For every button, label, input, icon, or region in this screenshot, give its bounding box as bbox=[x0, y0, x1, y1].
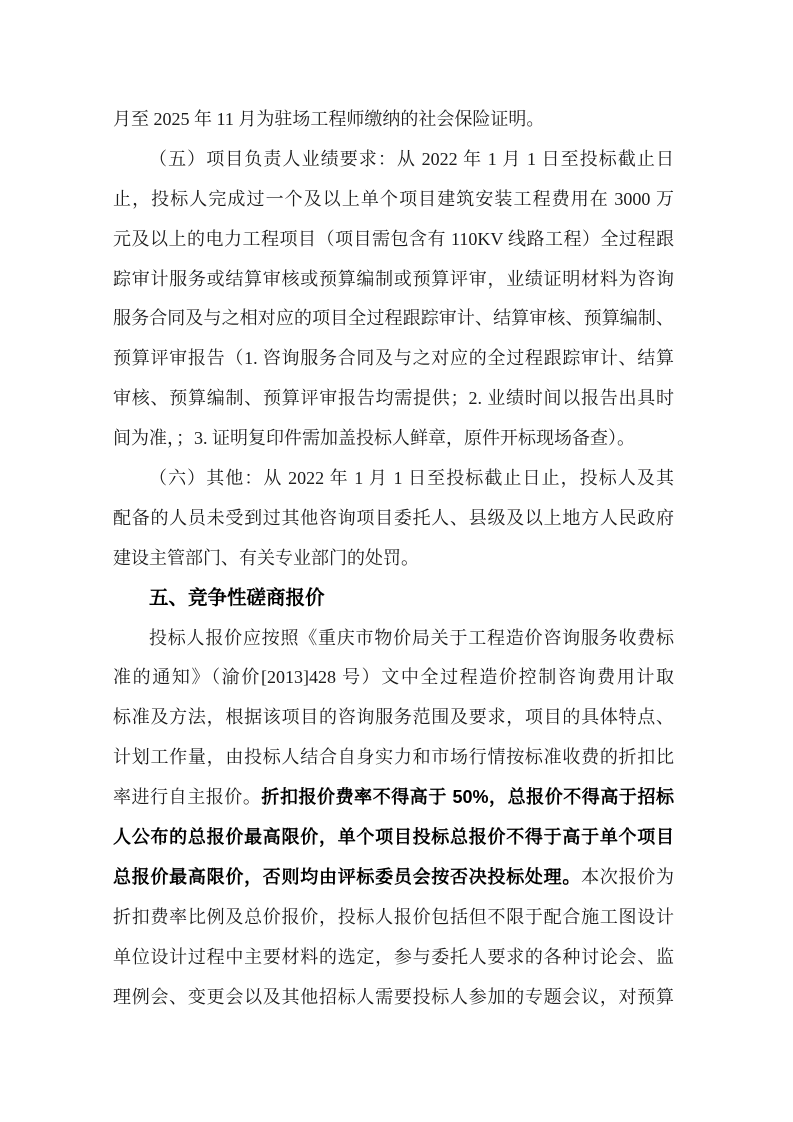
bold-text-segment: 人公布的总报价最高限价，单个项目投标总报价不得于高于单个项目 bbox=[113, 827, 674, 847]
text-segment: 折扣费率比例及总价报价，投标人报价包括但不限于配合施工图设计 bbox=[113, 907, 674, 927]
document-page: 月至 2025 年 11 月为驻场工程师缴纳的社会保险证明。（五）项目负责人业绩… bbox=[0, 0, 793, 1122]
text-line: 单位设计过程中主要材料的选定，参与委托人要求的各种讨论会、监 bbox=[113, 938, 674, 978]
text-line: 理例会、变更会以及其他招标人需要投标人参加的专题会议，对预算 bbox=[113, 978, 674, 1018]
text-segment: 本次报价为 bbox=[581, 867, 674, 887]
text-line: 踪审计服务或结算审核或预算编制或预算评审，业绩证明材料为咨询 bbox=[113, 260, 674, 300]
text-segment: 踪审计服务或结算审核或预算编制或预算评审，业绩证明材料为咨询 bbox=[113, 269, 674, 289]
text-segment: 准的通知》（渝价[2013]428 号）文中全过程造价控制咨询费用计取 bbox=[113, 667, 674, 687]
text-segment: 预算评审报告（1. 咨询服务合同及与之对应的全过程跟踪审计、结算 bbox=[113, 348, 674, 368]
text-line: 总报价最高限价，否则均由评标委员会按否决投标处理。本次报价为 bbox=[113, 858, 674, 898]
text-segment: 计划工作量，由投标人结合自身实力和市场行情按标准收费的折扣比 bbox=[113, 747, 674, 767]
text-line: 投标人报价应按照《重庆市物价局关于工程造价咨询服务收费标 bbox=[113, 619, 674, 659]
text-segment: 月至 2025 年 11 月为驻场工程师缴纳的社会保险证明。 bbox=[113, 109, 544, 129]
text-line: 预算评审报告（1. 咨询服务合同及与之对应的全过程跟踪审计、结算 bbox=[113, 339, 674, 379]
text-segment: 配备的人员未受到过其他咨询项目委托人、县级及以上地方人民政府 bbox=[113, 508, 674, 528]
text-segment: 标准及方法，根据该项目的咨询服务范围及要求，项目的具体特点、 bbox=[113, 707, 674, 727]
text-line: 配备的人员未受到过其他咨询项目委托人、县级及以上地方人民政府 bbox=[113, 499, 674, 539]
paragraph-clause-five-performance: （五）项目负责人业绩要求：从 2022 年 1 月 1 日至投标截止日止，投标人… bbox=[113, 140, 674, 459]
text-line: 标准及方法，根据该项目的咨询服务范围及要求，项目的具体特点、 bbox=[113, 698, 674, 738]
section-heading: 五、竞争性磋商报价 bbox=[113, 579, 674, 619]
text-line: 准的通知》（渝价[2013]428 号）文中全过程造价控制咨询费用计取 bbox=[113, 658, 674, 698]
text-line: （六）其他：从 2022 年 1 月 1 日至投标截止日止，投标人及其 bbox=[113, 459, 674, 499]
paragraph-pricing-requirements: 投标人报价应按照《重庆市物价局关于工程造价咨询服务收费标准的通知》（渝价[201… bbox=[113, 619, 674, 1018]
text-line: 计划工作量，由投标人结合自身实力和市场行情按标准收费的折扣比 bbox=[113, 738, 674, 778]
text-segment: 率进行自主报价。 bbox=[113, 787, 261, 807]
text-line: 止，投标人完成过一个及以上单个项目建筑安装工程费用在 3000 万 bbox=[113, 180, 674, 220]
text-line: 审核、预算编制、预算评审报告均需提供；2. 业绩时间以报告出具时 bbox=[113, 379, 674, 419]
text-segment: 投标人报价应按照《重庆市物价局关于工程造价咨询服务收费标 bbox=[149, 628, 674, 648]
paragraph-clause-six-other: （六）其他：从 2022 年 1 月 1 日至投标截止日止，投标人及其配备的人员… bbox=[113, 459, 674, 579]
bold-text-segment: 总报价最高限价，否则均由评标委员会按否决投标处理。 bbox=[113, 867, 581, 887]
text-line: 人公布的总报价最高限价，单个项目投标总报价不得于高于单个项目 bbox=[113, 818, 674, 858]
text-line: 服务合同及与之相对应的项目全过程跟踪审计、结算审核、预算编制、 bbox=[113, 299, 674, 339]
text-segment: （五）项目负责人业绩要求：从 2022 年 1 月 1 日至投标截止日 bbox=[149, 149, 674, 169]
paragraph-body-continuation: 月至 2025 年 11 月为驻场工程师缴纳的社会保险证明。 bbox=[113, 100, 674, 140]
bold-text-segment: 五、竞争性磋商报价 bbox=[149, 587, 325, 609]
text-line: 建设主管部门、有关专业部门的处罚。 bbox=[113, 539, 674, 579]
text-line: 折扣费率比例及总价报价，投标人报价包括但不限于配合施工图设计 bbox=[113, 898, 674, 938]
text-segment: 服务合同及与之相对应的项目全过程跟踪审计、结算审核、预算编制、 bbox=[113, 308, 674, 328]
text-line: 间为准，；3. 证明复印件需加盖投标人鲜章，原件开标现场备查）。 bbox=[113, 419, 674, 459]
text-segment: 审核、预算编制、预算评审报告均需提供；2. 业绩时间以报告出具时 bbox=[113, 388, 674, 408]
text-line: 月至 2025 年 11 月为驻场工程师缴纳的社会保险证明。 bbox=[113, 100, 674, 140]
text-segment: 建设主管部门、有关专业部门的处罚。 bbox=[113, 548, 419, 568]
text-line: （五）项目负责人业绩要求：从 2022 年 1 月 1 日至投标截止日 bbox=[113, 140, 674, 180]
paragraph-section-heading-five: 五、竞争性磋商报价 bbox=[113, 579, 674, 619]
bold-text-segment: 折扣报价费率不得高于 50%，总报价不得高于招标 bbox=[261, 787, 674, 807]
text-line: 率进行自主报价。折扣报价费率不得高于 50%，总报价不得高于招标 bbox=[113, 778, 674, 818]
text-segment: 间为准，；3. 证明复印件需加盖投标人鲜章，原件开标现场备查）。 bbox=[113, 428, 635, 448]
text-segment: （六）其他：从 2022 年 1 月 1 日至投标截止日止，投标人及其 bbox=[149, 468, 674, 488]
text-segment: 元及以上的电力工程项目（项目需包含有 110KV 线路工程）全过程跟 bbox=[113, 229, 674, 249]
page-body-text: 月至 2025 年 11 月为驻场工程师缴纳的社会保险证明。（五）项目负责人业绩… bbox=[113, 100, 674, 1017]
text-segment: 理例会、变更会以及其他招标人需要投标人参加的专题会议，对预算 bbox=[113, 987, 674, 1007]
text-segment: 止，投标人完成过一个及以上单个项目建筑安装工程费用在 3000 万 bbox=[113, 189, 674, 209]
text-segment: 单位设计过程中主要材料的选定，参与委托人要求的各种讨论会、监 bbox=[113, 947, 674, 967]
text-line: 元及以上的电力工程项目（项目需包含有 110KV 线路工程）全过程跟 bbox=[113, 220, 674, 260]
